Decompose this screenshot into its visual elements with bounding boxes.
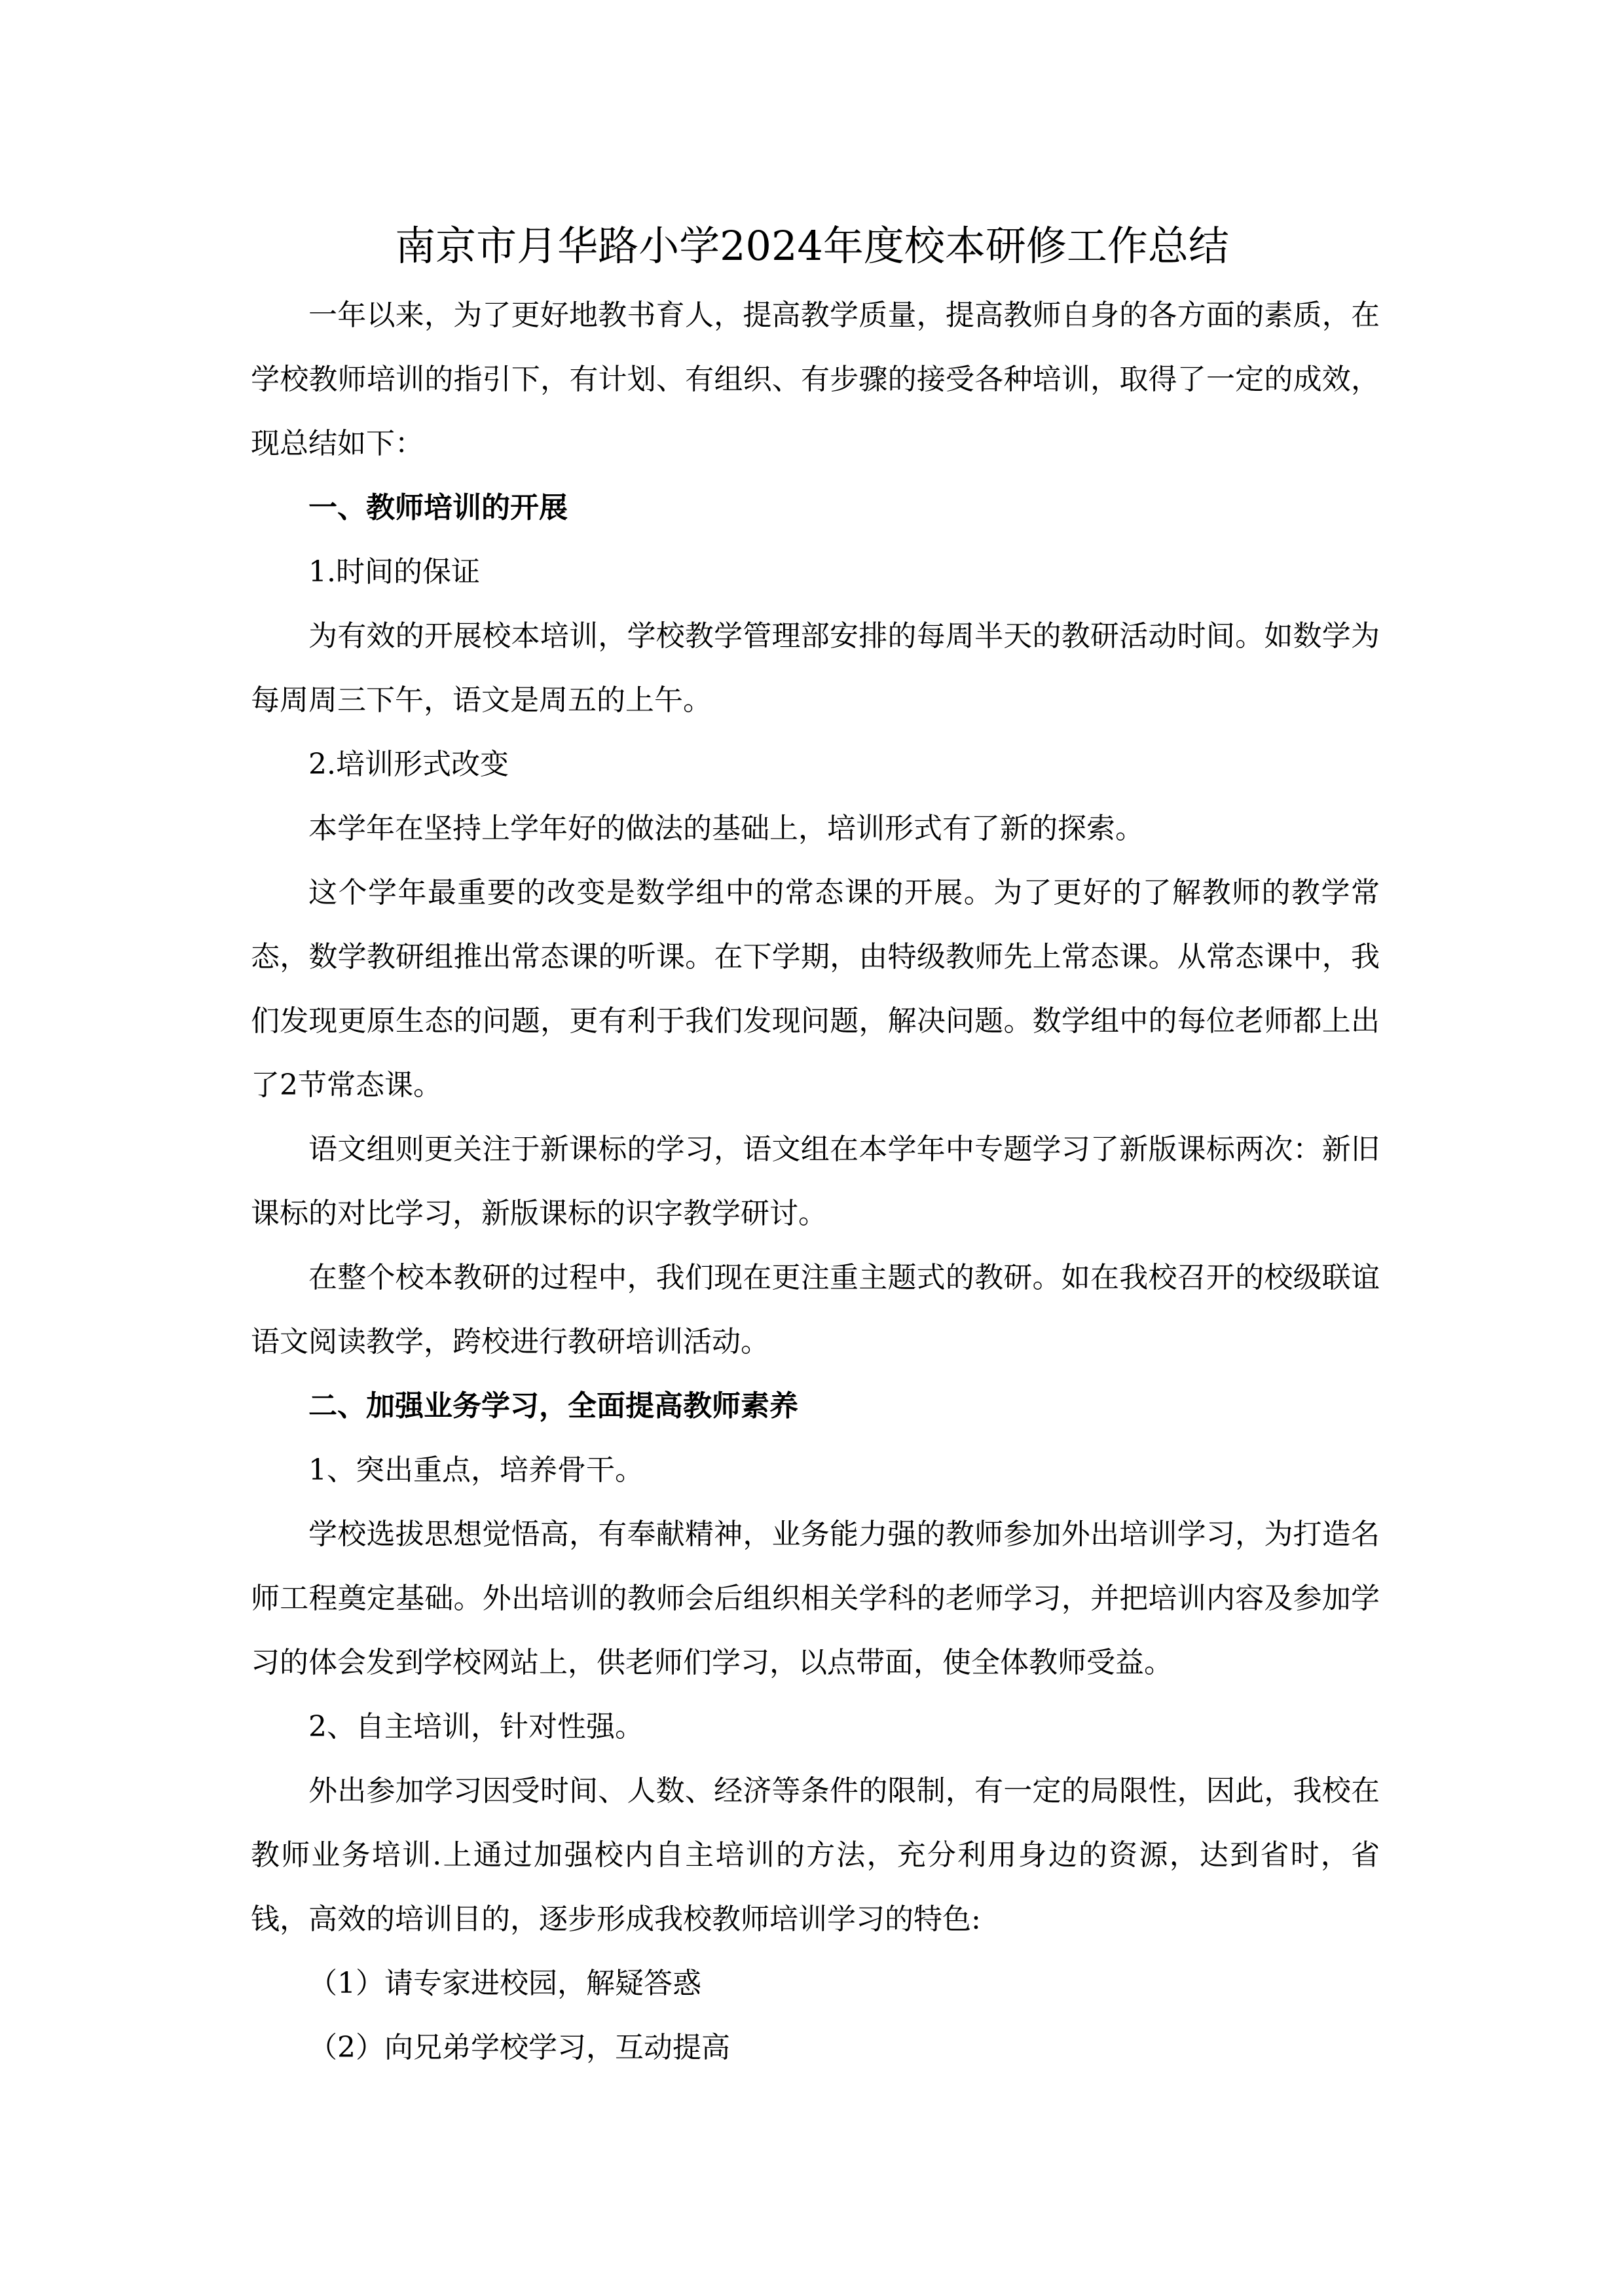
document-page: 南京市月华路小学2024年度校本研修工作总结 一年以来，为了更好地教书育人，提高… xyxy=(0,0,1624,2296)
document-body: 一年以来，为了更好地教书育人，提高教学质量，提高教师自身的各方面的素质，在学校教… xyxy=(251,283,1380,2080)
section-heading-2: 二、加强业务学习，全面提高教师素养 xyxy=(251,1374,1380,1438)
body-paragraph: 学校选拔思想觉悟高，有奉献精神，业务能力强的教师参加外出培训学习，为打造名师工程… xyxy=(251,1503,1380,1695)
list-item: （2）向兄弟学校学习，互动提高 xyxy=(251,2016,1380,2080)
intro-paragraph: 一年以来，为了更好地教书育人，提高教学质量，提高教师自身的各方面的素质，在学校教… xyxy=(251,283,1380,476)
document-title: 南京市月华路小学2024年度校本研修工作总结 xyxy=(0,214,1624,278)
section-heading-1: 一、教师培训的开展 xyxy=(251,476,1380,540)
subheading-focus-backbone: 1、突出重点，培养骨干。 xyxy=(251,1438,1380,1503)
body-paragraph: 这个学年最重要的改变是数学组中的常态课的开展。为了更好的了解教师的教学常态，数学… xyxy=(251,861,1380,1118)
subheading-time-guarantee: 1.时间的保证 xyxy=(251,540,1380,604)
body-paragraph: 在整个校本教研的过程中，我们现在更注重主题式的教研。如在我校召开的校级联谊语文阅… xyxy=(251,1246,1380,1374)
body-paragraph: 外出参加学习因受时间、人数、经济等条件的限制，有一定的局限性，因此，我校在教师业… xyxy=(251,1759,1380,1952)
subheading-self-training: 2、自主培训，针对性强。 xyxy=(251,1695,1380,1759)
body-paragraph: 为有效的开展校本培训，学校教学管理部安排的每周半天的教研活动时间。如数学为每周周… xyxy=(251,604,1380,733)
body-paragraph: 本学年在坚持上学年好的做法的基础上，培训形式有了新的探索。 xyxy=(251,797,1380,861)
list-item: （1）请专家进校园，解疑答惑 xyxy=(251,1952,1380,2016)
body-paragraph: 语文组则更关注于新课标的学习，语文组在本学年中专题学习了新版课标两次：新旧课标的… xyxy=(251,1118,1380,1246)
subheading-training-form: 2.培训形式改变 xyxy=(251,733,1380,797)
